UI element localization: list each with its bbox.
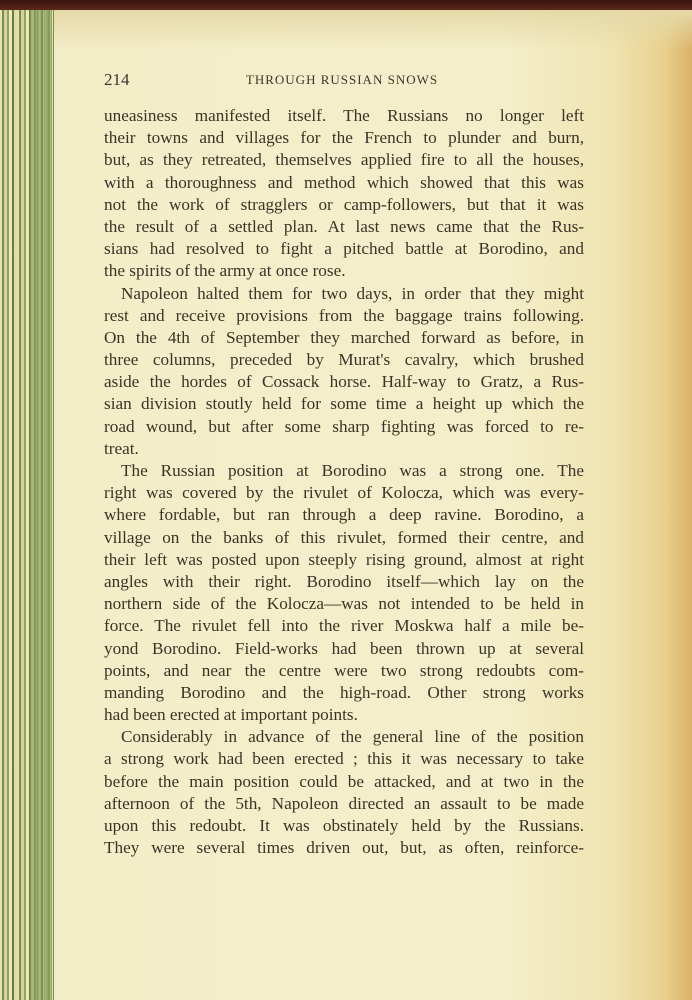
- text-line: not the work of stragglers or camp-follo…: [104, 194, 584, 216]
- scanned-book-page: 214 THROUGH RUSSIAN SNOWS uneasiness man…: [0, 0, 692, 1000]
- text-line: They were several times driven out, but,…: [104, 837, 584, 859]
- text-line: road wound, but after some sharp fightin…: [104, 416, 584, 438]
- text-line: a strong work had been erected ; this it…: [104, 748, 584, 770]
- text-line: sians had resolved to fight a pitched ba…: [104, 238, 584, 260]
- text-line: rest and receive provisions from the bag…: [104, 305, 584, 327]
- text-line: had been erected at important points.: [104, 704, 584, 726]
- text-line: sian division stoutly held for some time…: [104, 393, 584, 415]
- text-line: their left was posted upon steeply risin…: [104, 549, 584, 571]
- text-line: angles with their right. Borodino itself…: [104, 571, 584, 593]
- body-text: uneasiness manifested itself. The Russia…: [104, 105, 584, 859]
- text-line: where fordable, but ran through a deep r…: [104, 504, 584, 526]
- text-line: Napoleon halted them for two days, in or…: [104, 283, 584, 305]
- running-head: 214 THROUGH RUSSIAN SNOWS: [104, 70, 580, 92]
- text-line: village on the banks of this rivulet, fo…: [104, 527, 584, 549]
- gilt-page-edges: [30, 10, 52, 1000]
- text-line: right was covered by the rivulet of Kolo…: [104, 482, 584, 504]
- text-line: but, as they retreated, themselves appli…: [104, 149, 584, 171]
- text-line: force. The rivulet fell into the river M…: [104, 615, 584, 637]
- book-title: THROUGH RUSSIAN SNOWS: [104, 72, 580, 88]
- text-line: the result of a settled plan. At last ne…: [104, 216, 584, 238]
- text-line: Considerably in advance of the general l…: [104, 726, 584, 748]
- book-cover-edge: [0, 0, 692, 10]
- text-line: uneasiness manifested itself. The Russia…: [104, 105, 584, 127]
- text-line: three columns, preceded by Murat's caval…: [104, 349, 584, 371]
- text-line: afternoon of the 5th, Napoleon directed …: [104, 793, 584, 815]
- text-line: the spirits of the army at once rose.: [104, 260, 584, 282]
- text-line: northern side of the Kolocza—was not int…: [104, 593, 584, 615]
- text-line: On the 4th of September they marched for…: [104, 327, 584, 349]
- text-line: manding Borodino and the high-road. Othe…: [104, 682, 584, 704]
- text-line: points, and near the centre were two str…: [104, 660, 584, 682]
- text-line: The Russian position at Borodino was a s…: [104, 460, 584, 482]
- text-line: before the main position could be attack…: [104, 771, 584, 793]
- text-line: with a thoroughness and method which sho…: [104, 172, 584, 194]
- text-line: their towns and villages for the French …: [104, 127, 584, 149]
- text-line: treat.: [104, 438, 584, 460]
- text-line: yond Borodino. Field-works had been thro…: [104, 638, 584, 660]
- text-line: upon this redoubt. It was obstinately he…: [104, 815, 584, 837]
- text-line: aside the hordes of Cossack horse. Half-…: [104, 371, 584, 393]
